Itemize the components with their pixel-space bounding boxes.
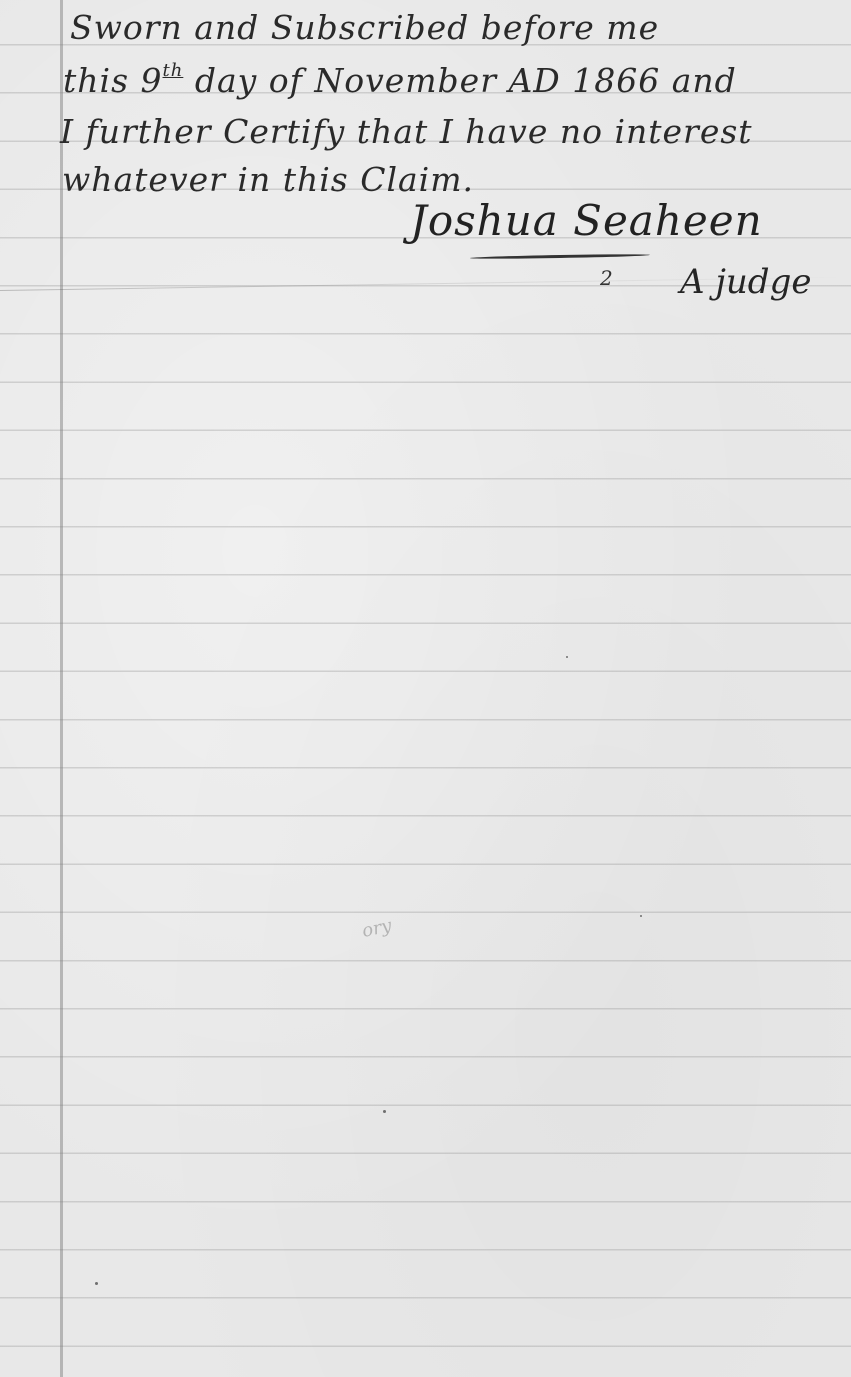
ink-speck [95,1282,98,1285]
text-line-certify: I further Certify that I have no interes… [60,112,753,151]
margin-line [60,0,63,1377]
date-day: this 9 [63,61,163,100]
date-superscript: th [163,60,184,81]
text-line-sworn: Sworn and Subscribed before me [70,8,659,47]
signature: Joshua Seaheen [410,196,763,245]
ink-speck [640,915,642,917]
ink-speck [566,656,568,658]
ink-speck [383,1110,386,1113]
document-page: Sworn and Subscribed before me this 9th … [0,0,851,1377]
text-line-claim: whatever in this Claim. [62,160,474,199]
signature-mark: 2 [600,266,613,290]
date-rest: day of November AD 1866 and [195,61,737,100]
signer-title: A judge [680,262,811,302]
text-line-date: this 9th day of November AD 1866 and [63,60,737,100]
